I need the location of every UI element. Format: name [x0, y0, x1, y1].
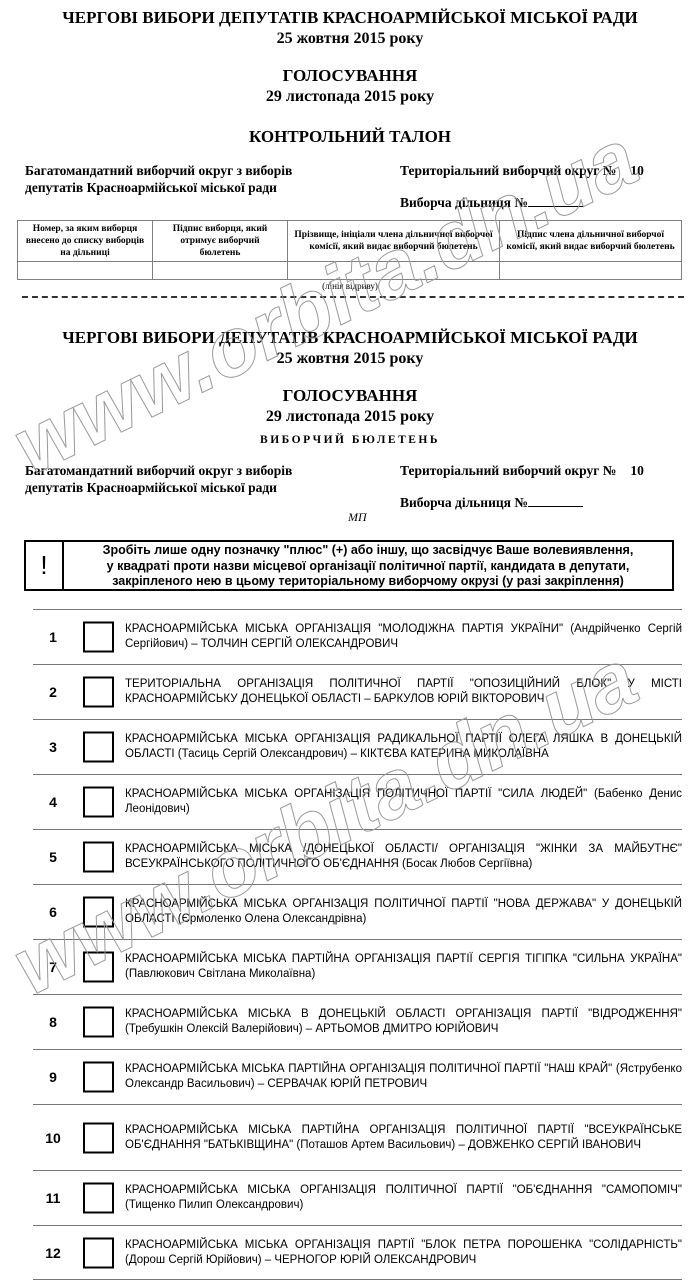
candidate-row: 6КРАСНОАРМІЙСЬКА МІСЬКА ОРГАНІЗАЦІЯ ПОЛІ…	[33, 884, 682, 939]
candidate-row: 11КРАСНОАРМІЙСЬКА МІСЬКА ОРГАНІЗАЦІЯ ПОЛ…	[33, 1170, 682, 1225]
stub-voting-label: ГОЛОСУВАННЯ	[0, 66, 700, 86]
instruction-box: ! Зробіть лише одну позначку "плюс" (+) …	[24, 540, 674, 591]
candidate-description: КРАСНОАРМІЙСЬКА МІСЬКА ОРГАНІЗАЦІЯ "МОЛО…	[125, 622, 682, 652]
candidate-number: 4	[33, 794, 73, 810]
candidate-number: 2	[33, 684, 73, 700]
candidate-description: КРАСНОАРМІЙСЬКА МІСЬКА /ДОНЕЦЬКОЇ ОБЛАСТ…	[125, 842, 682, 872]
candidate-description: КРАСНОАРМІЙСЬКА МІСЬКА ОРГАНІЗАЦІЯ ПАРТІ…	[125, 1238, 682, 1268]
candidate-row: 3КРАСНОАРМІЙСЬКА МІСЬКА ОРГАНІЗАЦІЯ РАДИ…	[33, 719, 682, 774]
stub-table-cell[interactable]	[18, 262, 153, 280]
vote-checkbox[interactable]	[83, 622, 114, 653]
vote-checkbox[interactable]	[83, 952, 114, 983]
candidate-description: ТЕРИТОРІАЛЬНА ОРГАНІЗАЦІЯ ПОЛІТИЧНОЇ ПАР…	[125, 677, 682, 707]
cut-line-label: (лінія відриву)	[0, 281, 700, 291]
stub-polling-station: Виборча дільниця №	[400, 194, 583, 211]
candidate-row: 10КРАСНОАРМІЙСЬКА МІСЬКА ПАРТІЙНА ОРГАНІ…	[33, 1104, 682, 1170]
candidate-number: 1	[33, 629, 73, 645]
ballot-multimandate-district: Багатомандатний виборчий округ з виборів…	[25, 462, 325, 496]
ballot-polling-station: Виборча дільниця №	[400, 494, 583, 511]
stub-election-title: ЧЕРГОВІ ВИБОРИ ДЕПУТАТІВ КРАСНОАРМІЙСЬКО…	[0, 8, 700, 28]
stub-table-cell[interactable]	[288, 262, 500, 280]
stub-table-header: Підпис виборця, який отримує виборчий бю…	[153, 221, 288, 262]
candidate-row: 7КРАСНОАРМІЙСЬКА МІСЬКА ПАРТІЙНА ОРГАНІЗ…	[33, 939, 682, 994]
vote-checkbox[interactable]	[83, 1007, 114, 1038]
ballot-district-number: 10	[630, 463, 644, 478]
vote-checkbox[interactable]	[83, 1183, 114, 1214]
candidate-number: 7	[33, 959, 73, 975]
candidate-list: 1КРАСНОАРМІЙСЬКА МІСЬКА ОРГАНІЗАЦІЯ "МОЛ…	[33, 609, 682, 1280]
candidate-description: КРАСНОАРМІЙСЬКА МІСЬКА ОРГАНІЗАЦІЯ ПОЛІТ…	[125, 1183, 682, 1213]
vote-checkbox[interactable]	[83, 1062, 114, 1093]
candidate-number: 6	[33, 904, 73, 920]
vote-checkbox[interactable]	[83, 677, 114, 708]
candidate-number: 11	[33, 1190, 73, 1206]
stub-table-cell[interactable]	[500, 262, 682, 280]
stub-multimandate-district: Багатомандатний виборчий округ з виборів…	[25, 162, 325, 196]
stub-territorial-district: Територіальний виборчий округ №10	[400, 162, 644, 179]
stub-table-header: Прізвище, ініціали члена дільничної вибо…	[288, 221, 500, 262]
stub-table-cell[interactable]	[153, 262, 288, 280]
exclamation-icon: !	[26, 542, 64, 589]
ballot-election-title: ЧЕРГОВІ ВИБОРИ ДЕПУТАТІВ КРАСНОАРМІЙСЬКО…	[0, 328, 700, 348]
seal-placeholder: МП	[348, 510, 367, 525]
candidate-row: 2ТЕРИТОРІАЛЬНА ОРГАНІЗАЦІЯ ПОЛІТИЧНОЇ ПА…	[33, 664, 682, 719]
candidate-description: КРАСНОАРМІЙСЬКА МІСЬКА ОРГАНІЗАЦІЯ ПОЛІТ…	[125, 787, 682, 817]
stub-table-header: Підпис члена дільничної виборчої комісії…	[500, 221, 682, 262]
candidate-description: КРАСНОАРМІЙСЬКА МІСЬКА ПАРТІЙНА ОРГАНІЗА…	[125, 952, 682, 982]
candidate-number: 10	[33, 1130, 73, 1146]
candidate-number: 3	[33, 739, 73, 755]
candidate-description: КРАСНОАРМІЙСЬКА МІСЬКА ОРГАНІЗАЦІЯ ПОЛІТ…	[125, 897, 682, 927]
stub-voting-date: 29 листопада 2015 року	[0, 87, 700, 107]
candidate-description: КРАСНОАРМІЙСЬКА МІСЬКА ПАРТІЙНА ОРГАНІЗА…	[125, 1062, 682, 1092]
ballot-election-date: 25 жовтня 2015 року	[0, 349, 700, 369]
ballot-voting-label: ГОЛОСУВАННЯ	[0, 386, 700, 406]
candidate-row: 1КРАСНОАРМІЙСЬКА МІСЬКА ОРГАНІЗАЦІЯ "МОЛ…	[33, 609, 682, 664]
ballot-title: ВИБОРЧИЙ БЮЛЕТЕНЬ	[0, 434, 700, 446]
vote-checkbox[interactable]	[83, 732, 114, 763]
vote-checkbox[interactable]	[83, 842, 114, 873]
polling-station-blank[interactable]	[528, 195, 583, 207]
candidate-description: КРАСНОАРМІЙСЬКА МІСЬКА В ДОНЕЦЬКІЙ ОБЛАС…	[125, 1007, 682, 1037]
candidate-number: 5	[33, 849, 73, 865]
ballot-polling-station-blank[interactable]	[528, 495, 583, 507]
ballot-territorial-district: Територіальний виборчий округ №10	[400, 462, 644, 479]
candidate-number: 8	[33, 1014, 73, 1030]
instruction-text: Зробіть лише одну позначку "плюс" (+) аб…	[64, 542, 672, 589]
candidate-row: 8КРАСНОАРМІЙСЬКА МІСЬКА В ДОНЕЦЬКІЙ ОБЛА…	[33, 994, 682, 1049]
candidate-description: КРАСНОАРМІЙСЬКА МІСЬКА ПАРТІЙНА ОРГАНІЗА…	[125, 1123, 682, 1153]
vote-checkbox[interactable]	[83, 787, 114, 818]
candidate-row: 12КРАСНОАРМІЙСЬКА МІСЬКА ОРГАНІЗАЦІЯ ПАР…	[33, 1225, 682, 1280]
cut-line	[22, 296, 684, 298]
vote-checkbox[interactable]	[83, 897, 114, 928]
candidate-row: 9КРАСНОАРМІЙСЬКА МІСЬКА ПАРТІЙНА ОРГАНІЗ…	[33, 1049, 682, 1104]
candidate-number: 12	[33, 1245, 73, 1261]
stub-district-number: 10	[630, 163, 644, 178]
stub-election-date: 25 жовтня 2015 року	[0, 29, 700, 49]
candidate-row: 5КРАСНОАРМІЙСЬКА МІСЬКА /ДОНЕЦЬКОЇ ОБЛАС…	[33, 829, 682, 884]
candidate-row: 4КРАСНОАРМІЙСЬКА МІСЬКА ОРГАНІЗАЦІЯ ПОЛІ…	[33, 774, 682, 829]
candidate-number: 9	[33, 1069, 73, 1085]
stub-table: Номер, за яким виборця внесено до списку…	[17, 220, 682, 280]
ballot-voting-date: 29 листопада 2015 року	[0, 407, 700, 427]
candidate-description: КРАСНОАРМІЙСЬКА МІСЬКА ОРГАНІЗАЦІЯ РАДИК…	[125, 732, 682, 762]
vote-checkbox[interactable]	[83, 1237, 114, 1268]
vote-checkbox[interactable]	[83, 1122, 114, 1153]
stub-title: КОНТРОЛЬНИЙ ТАЛОН	[0, 127, 700, 147]
stub-table-header: Номер, за яким виборця внесено до списку…	[18, 221, 153, 262]
